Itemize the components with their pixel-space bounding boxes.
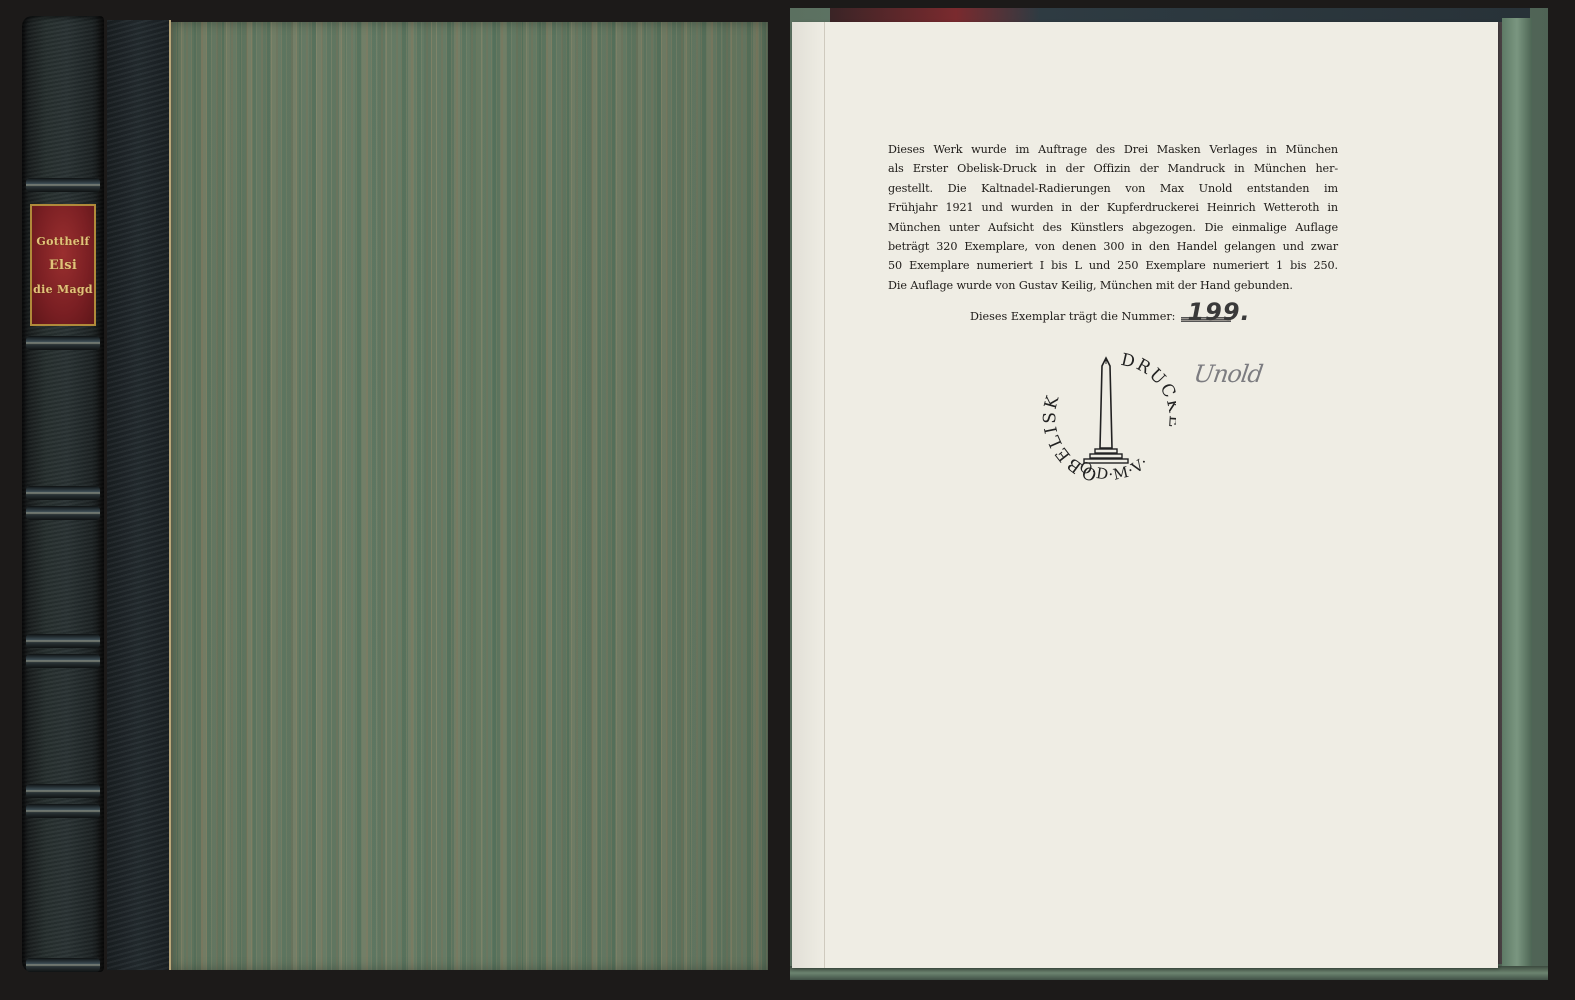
spine-band <box>26 178 100 192</box>
board-top-edge <box>830 8 1530 22</box>
colophon-line: gestellt. Die Kaltnadel-Radierungen von … <box>888 179 1338 198</box>
colophon-line: München unter Aufsicht des Künstlers abg… <box>888 218 1338 237</box>
spine-band <box>26 486 100 500</box>
book-spine: Gotthelf Elsi die Magd <box>22 16 104 972</box>
board-bottom-edge <box>790 966 1548 980</box>
colophon-line: als Erster Obelisk-Druck in der Offizin … <box>888 159 1338 178</box>
spine-band <box>26 784 100 798</box>
colophon-text: Dieses Werk wurde im Auftrage des Drei M… <box>888 140 1338 295</box>
spine-band <box>26 506 100 520</box>
copy-number-handwritten: 199. <box>1187 298 1250 326</box>
logo-text-right: DRUCKE <box>1119 352 1176 430</box>
leather-corner-strip <box>107 20 171 970</box>
closed-book: Gotthelf Elsi die Magd <box>12 10 768 978</box>
spine-title-label: Gotthelf Elsi die Magd <box>30 204 96 326</box>
colophon-line: Dieses Werk wurde im Auftrage des Drei M… <box>888 140 1338 159</box>
obelisk-drucke-logo-icon: OBELISK DRUCKE O·D·M·V· <box>1040 352 1176 488</box>
spine-band <box>26 336 100 350</box>
page-gutter <box>824 22 825 968</box>
open-book: Dieses Werk wurde im Auftrage des Drei M… <box>790 8 1548 982</box>
spine-band <box>26 958 100 972</box>
colophon-line: beträgt 320 Exemplare, von denen 300 in … <box>888 237 1338 256</box>
copy-number-slot: 199. <box>1181 308 1239 324</box>
copy-number-label: Dieses Exemplar trägt die Nummer: <box>970 310 1175 323</box>
spine-band <box>26 654 100 668</box>
spine-band <box>26 804 100 818</box>
spine-band <box>26 634 100 648</box>
photo-scene: Gotthelf Elsi die Magd Dieses Werk wurde… <box>0 0 1575 1000</box>
board-edge <box>1502 18 1532 973</box>
marbled-cover <box>171 22 768 970</box>
colophon-line: Die Auflage wurde von Gustav Keilig, Mün… <box>888 276 1338 295</box>
spine-title: Elsi <box>49 258 77 273</box>
spine-author: Gotthelf <box>36 235 89 248</box>
artist-signature: Unold <box>1192 360 1264 388</box>
colophon-line: Frühjahr 1921 und wurden in der Kupferdr… <box>888 198 1338 217</box>
copy-number-line: Dieses Exemplar trägt die Nummer: 199. <box>970 308 1239 324</box>
spine-subtitle: die Magd <box>33 283 93 296</box>
svg-text:DRUCKE: DRUCKE <box>1119 352 1176 430</box>
colophon-page: Dieses Werk wurde im Auftrage des Drei M… <box>792 22 1498 968</box>
colophon-line: 50 Exemplare numeriert I bis L und 250 E… <box>888 256 1338 275</box>
